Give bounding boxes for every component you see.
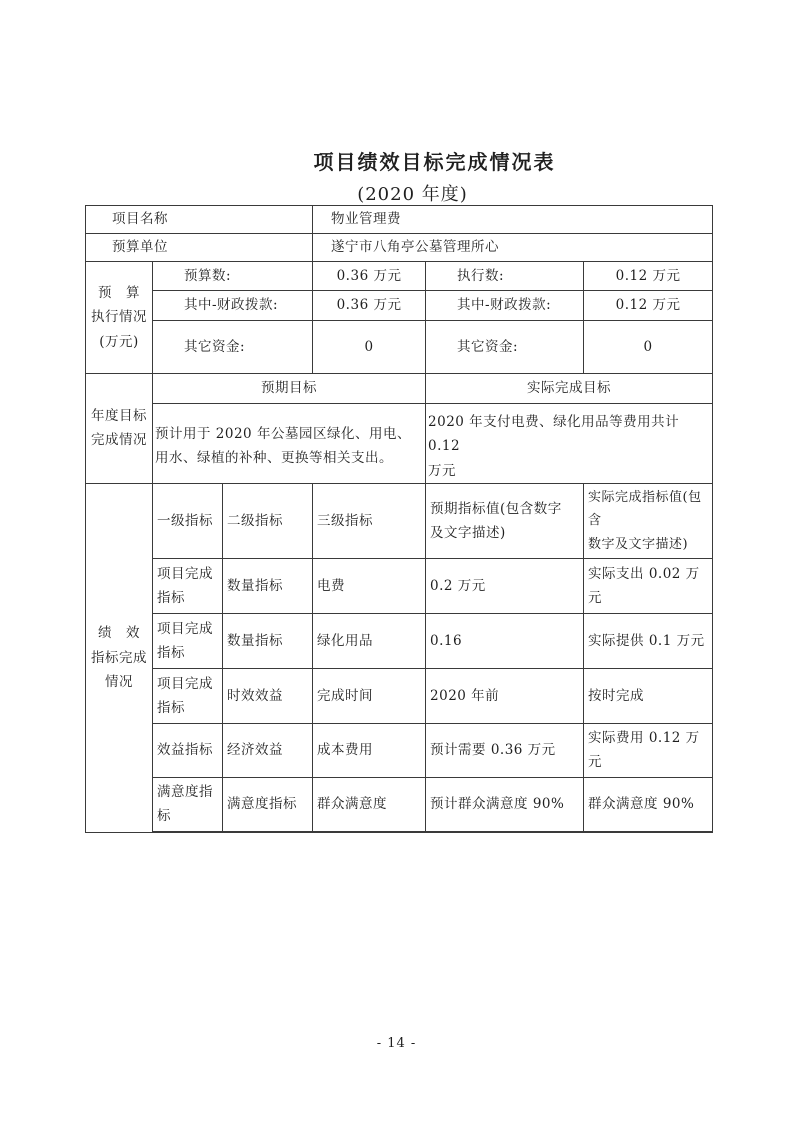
indicator-level2: 经济效益 [223,724,313,778]
indicator-header-row: 绩 效 指标完成 情况 一级指标 二级指标 三级指标 预期指标值(包含数字 及文… [86,483,713,558]
annual-section-header: 年度目标 完成情况 [86,374,153,484]
indicator-actual: 实际支出 0.02 万元 [584,559,713,614]
indicator-actual: 群众满意度 90% [584,777,713,832]
indicators-section-header: 绩 效 指标完成 情况 [86,483,153,832]
budget-value: 0 [584,321,713,374]
budget-row: 其中-财政拨款: 0.36 万元 其中-财政拨款: 0.12 万元 [86,291,713,321]
page-number: - 14 - [0,1036,793,1051]
indicator-actual: 实际费用 0.12 万元 [584,724,713,778]
indicator-level1: 项目完成 指标 [153,614,223,669]
expected-target-header: 预期目标 [153,374,426,404]
indicator-row: 项目完成 指标 时效效益 完成时间 2020 年前 按时完成 [86,669,713,724]
budget-label: 执行数: [426,262,584,291]
budget-section-header: 预 算 执行情况 (万元) [86,262,153,374]
indicator-level2: 时效效益 [223,669,313,724]
budget-label: 预算数: [153,262,313,291]
budget-unit-label: 预算单位 [86,234,313,262]
indicator-level2: 数量指标 [223,559,313,614]
budget-value: 0.36 万元 [313,291,426,321]
budget-label: 其中-财政拨款: [426,291,584,321]
indicator-level2: 数量指标 [223,614,313,669]
indicator-actual: 实际提供 0.1 万元 [584,614,713,669]
indicator-level3: 群众满意度 [313,777,426,832]
indicator-col-header-level3: 三级指标 [313,483,426,558]
expected-target-text: 预计用于 2020 年公墓园区绿化、用电、 用水、绿植的补种、更换等相关支出。 [153,404,426,484]
indicator-expected: 0.16 [426,614,584,669]
budget-unit-value: 遂宁市八角亭公墓管理所心 [313,234,713,262]
indicator-expected: 预计需要 0.36 万元 [426,724,584,778]
page-title: 项目绩效目标完成情况表 [38,146,793,175]
budget-label: 其它资金: [153,321,313,374]
project-name-label: 项目名称 [86,206,313,234]
project-name-value: 物业管理费 [313,206,713,234]
indicator-level3: 绿化用品 [313,614,426,669]
document-page: 项目绩效目标完成情况表 (2020 年度) 项目名称 物业管理费 预算单位 遂宁… [0,0,793,1122]
indicator-level3: 成本费用 [313,724,426,778]
title-block: 项目绩效目标完成情况表 (2020 年度) [0,146,793,206]
indicator-level1: 项目完成 指标 [153,559,223,614]
budget-label: 其它资金: [426,321,584,374]
budget-value: 0.12 万元 [584,291,713,321]
table-row: 年度目标 完成情况 预期目标 实际完成目标 [86,374,713,404]
indicator-level1: 满意度指 标 [153,777,223,832]
actual-target-header: 实际完成目标 [426,374,713,404]
indicator-row: 满意度指 标 满意度指标 群众满意度 预计群众满意度 90% 群众满意度 90% [86,777,713,832]
table-row: 项目名称 物业管理费 [86,206,713,234]
indicator-level1: 效益指标 [153,724,223,778]
actual-target-text: 2020 年支付电费、绿化用品等费用共计 0.12 万元 [426,404,713,484]
indicator-level3: 完成时间 [313,669,426,724]
indicator-row: 效益指标 经济效益 成本费用 预计需要 0.36 万元 实际费用 0.12 万元 [86,724,713,778]
indicator-row: 项目完成 指标 数量指标 电费 0.2 万元 实际支出 0.02 万元 [86,559,713,614]
budget-value: 0.12 万元 [584,262,713,291]
budget-value: 0 [313,321,426,374]
budget-row: 其它资金: 0 其它资金: 0 [86,321,713,374]
table-row: 预计用于 2020 年公墓园区绿化、用电、 用水、绿植的补种、更换等相关支出。 … [86,404,713,484]
indicator-level3: 电费 [313,559,426,614]
indicator-row: 项目完成 指标 数量指标 绿化用品 0.16 实际提供 0.1 万元 [86,614,713,669]
indicator-col-header-level1: 一级指标 [153,483,223,558]
indicator-col-header-actual: 实际完成指标值(包含 数字及文字描述) [584,483,713,558]
table-row: 预算单位 遂宁市八角亭公墓管理所心 [86,234,713,262]
indicator-expected: 0.2 万元 [426,559,584,614]
budget-value: 0.36 万元 [313,262,426,291]
budget-label: 其中-财政拨款: [153,291,313,321]
indicator-expected: 预计群众满意度 90% [426,777,584,832]
indicator-level2: 满意度指标 [223,777,313,832]
indicator-col-header-expected: 预期指标值(包含数字 及文字描述) [426,483,584,558]
performance-table: 项目名称 物业管理费 预算单位 遂宁市八角亭公墓管理所心 预 算 执行情况 (万… [85,205,713,833]
indicator-actual: 按时完成 [584,669,713,724]
indicator-expected: 2020 年前 [426,669,584,724]
indicator-col-header-level2: 二级指标 [223,483,313,558]
budget-row: 预 算 执行情况 (万元) 预算数: 0.36 万元 执行数: 0.12 万元 [86,262,713,291]
indicator-level1: 项目完成 指标 [153,669,223,724]
page-subtitle: (2020 年度) [16,180,793,206]
